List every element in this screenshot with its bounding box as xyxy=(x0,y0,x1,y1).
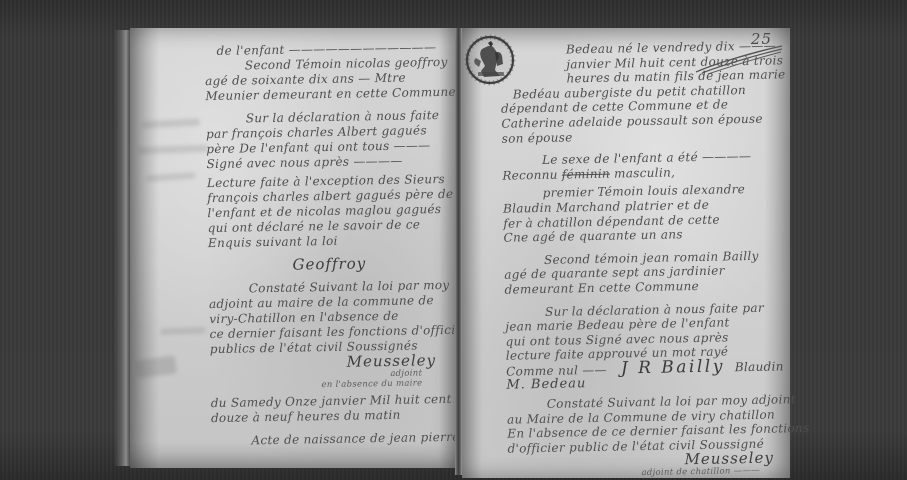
scanned-register-spread: de l'enfant ————————————Second Témoin ni… xyxy=(0,0,907,480)
book-gutter xyxy=(455,28,462,475)
manuscript-line: Meunier demeurant en cette Commune xyxy=(205,85,447,104)
line-text: Geoffroy xyxy=(292,254,366,273)
line-text: Meusseley xyxy=(347,351,437,371)
line-text: masculin, xyxy=(610,165,675,180)
line-text: Meunier demeurant en cette Commune xyxy=(205,85,456,103)
ink-bleedthrough xyxy=(138,145,208,154)
line-text: qui ont déclaré ne le savoir de ce xyxy=(208,217,421,235)
line-text: adjoint au maire de la commune de xyxy=(209,293,434,311)
manuscript-line: Enquis suivant la loi xyxy=(208,232,450,251)
ink-bleedthrough xyxy=(146,172,196,181)
line-text: du Samedy Onze janvier Mil huit cent xyxy=(211,392,452,410)
struck-word: féminin xyxy=(562,166,610,181)
line-text: en l'absence du maire xyxy=(321,378,422,390)
ink-stain xyxy=(135,355,177,378)
manuscript-text-right: Bedeau né le vendredy dix ———janvier Mil… xyxy=(500,38,790,480)
signature: Blaudin xyxy=(725,359,784,374)
manuscript-line: Geoffroy xyxy=(208,255,450,274)
line-text: M. Bedeau xyxy=(506,377,586,394)
line-text: adjoint xyxy=(390,368,422,379)
register-page-left: de l'enfant ————————————Second Témoin ni… xyxy=(130,28,455,468)
ink-bleedthrough xyxy=(142,118,200,128)
line-text: Cne agé de quarante un ans xyxy=(503,227,682,244)
line-text: Second Témoin nicolas geoffroy xyxy=(245,55,448,73)
line-text: douze à neuf heures du matin xyxy=(211,408,401,425)
manuscript-line: douze à neuf heures du matin xyxy=(211,407,453,426)
ink-bleedthrough xyxy=(160,327,206,335)
line-text: Reconnu xyxy=(502,167,562,182)
line-text: Enquis suivant la loi xyxy=(208,234,338,250)
line-text: Comme nul —— xyxy=(506,363,607,379)
line-text: Signé avec nous après ———— xyxy=(206,154,402,171)
manuscript-line: Signé avec nous après ———— xyxy=(206,153,448,172)
page-stack-edge xyxy=(114,30,130,466)
line-text: adjoint de chatillon ——— xyxy=(641,466,760,478)
register-page-right: 25 Bedeau né le vendredy dix ———janvier … xyxy=(462,28,790,478)
signature: J R Bailly xyxy=(607,356,725,378)
manuscript-line: Acte de naissance de jean pierre xyxy=(211,430,453,449)
manuscript-text-left: de l'enfant ————————————Second Témoin ni… xyxy=(204,40,453,449)
line-text: son épouse xyxy=(502,130,573,145)
line-text: demeurant En cette Commune xyxy=(504,279,699,297)
line-text: Acte de naissance de jean pierre xyxy=(251,430,459,448)
